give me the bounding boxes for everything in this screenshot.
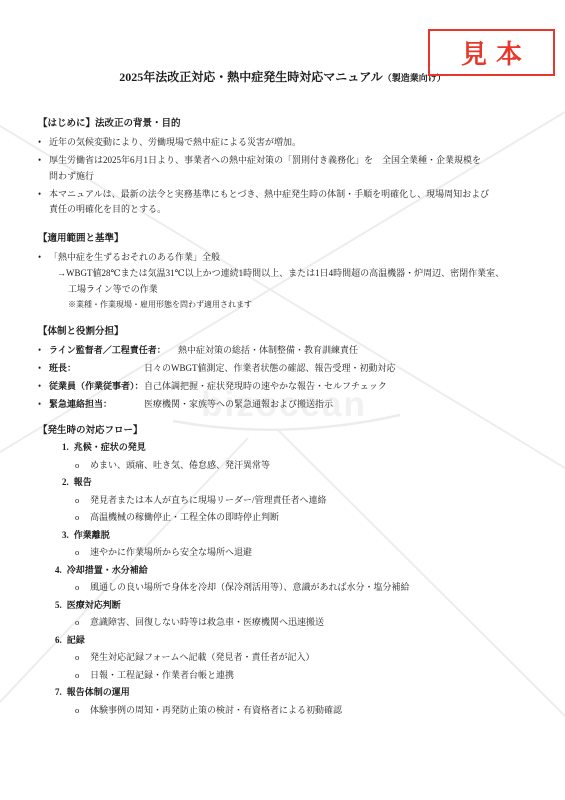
role-desc: 日々のWBGT値測定、作業者状態の確認、報告受理・初動対応	[144, 363, 396, 373]
flow-substep: o日報・工程記録・作業者台帳と連携	[38, 667, 535, 685]
substep-text: 体験事例の周知・再発防止策の検討・有資格者による初動確認	[90, 702, 342, 720]
substep-text: 意識障害、回復しない時等は救急車・医療機関へ迅速搬送	[90, 614, 324, 632]
step-title: 報告	[74, 477, 92, 487]
step-number: 6.	[55, 635, 62, 645]
section-flow: 【発生時の対応フロー】 1.兆候・症状の発見 oめまい、頭痛、吐き気、倦怠感、発…	[38, 424, 535, 720]
step-number: 1.	[62, 442, 69, 452]
substep-text: 高温機械の稼働停止・工程全体の即時停止判断	[90, 509, 279, 527]
bullet-icon: •	[38, 135, 49, 151]
role-row: • 緊急連絡担当：医療機関・家族等への緊急通報および搬送指示	[38, 397, 535, 413]
list-item: • 「熱中症を生ずるおそれのある作業」全般	[38, 250, 535, 266]
step-number: 4.	[55, 565, 62, 575]
substep-text: 速やかに作業場所から安全な場所へ退避	[90, 544, 252, 562]
circle-bullet-icon: o	[75, 702, 90, 720]
role-row: • ライン監督者／工程責任者：熱中症対策の総括・体制整備・教育訓練責任	[38, 343, 535, 359]
role-label: 緊急連絡担当：	[49, 397, 144, 413]
section-flow-heading: 【発生時の対応フロー】	[38, 424, 535, 440]
step-title: 冷却措置・水分補給	[67, 565, 148, 575]
step-number: 7.	[55, 687, 62, 697]
role-label: 班長：	[49, 361, 144, 377]
substep-text: 日報・工程記録・作業者台帳と連携	[90, 667, 234, 685]
sample-stamp-label: 見本	[461, 34, 531, 71]
flow-step-7: 7.報告体制の運用 o体験事例の周知・再発防止策の検討・有資格者による初動確認	[38, 684, 535, 719]
step-number: 5.	[55, 600, 62, 610]
role-row: • 従業員（作業従事者）：自己体調把握・症状発現時の速やかな報告・セルフチェック	[38, 379, 535, 395]
role-label: 従業員（作業従事者）：	[49, 379, 144, 395]
flow-substep: o意識障害、回復しない時等は救急車・医療機関へ迅速搬送	[38, 614, 535, 632]
bullet-icon: •	[38, 153, 49, 184]
circle-bullet-icon: o	[75, 667, 90, 685]
bullet-icon: •	[38, 361, 49, 377]
flow-substep: o高温機械の稼働停止・工程全体の即時停止判断	[38, 509, 535, 527]
wbgt-criteria-line: →WBGT値28℃または気温31℃以上かつ連続1時間以上、または1日4時間超の高…	[38, 266, 535, 282]
section-scope-heading: 【適用範囲と基準】	[38, 232, 535, 248]
wbgt-criteria-line2: 工場ライン等での作業	[38, 282, 535, 298]
list-item-text: 「熱中症を生ずるおそれのある作業」全般	[49, 250, 535, 266]
role-row: • 班長：日々のWBGT値測定、作業者状態の確認、報告受理・初動対応	[38, 361, 535, 377]
section-intro-heading: 【はじめに】法改正の背景・目的	[38, 117, 535, 133]
list-item-text: 厚生労働省は2025年6月1日より、事業者への熱中症対策の「罰則付き義務化」を …	[49, 153, 535, 169]
section-scope: 【適用範囲と基準】 • 「熱中症を生ずるおそれのある作業」全般 →WBGT値28…	[38, 232, 535, 313]
document-page: bizocean 見本 2025年法改正対応・熱中症発生時対応マニュアル（製造業…	[0, 0, 565, 800]
flow-substep: oめまい、頭痛、吐き気、倦怠感、発汗異常等	[38, 457, 535, 475]
substep-text: 風通しの良い場所で身体を冷却（保冷剤活用等）、意識があれば水分・塩分補給	[90, 579, 410, 597]
flow-step-5: 5.医療対応判断 o意識障害、回復しない時等は救急車・医療機関へ迅速搬送	[38, 597, 535, 632]
flow-substep: o発生対応記録フォームへ記載（発見者・責任者が記入）	[38, 649, 535, 667]
step-number: 3.	[62, 530, 69, 540]
role-desc: 医療機関・家族等への緊急通報および搬送指示	[144, 399, 333, 409]
bullet-icon: •	[38, 397, 49, 413]
bullet-icon: •	[38, 379, 49, 395]
scope-note: ※業種・作業現場・雇用形態を問わず適用されます	[38, 298, 535, 312]
substep-text: 発生対応記録フォームへ記載（発見者・責任者が記入）	[90, 649, 315, 667]
list-item: • 本マニュアルは、最新の法令と実務基準にもとづき、熱中症発生時の体制・手順を明…	[38, 187, 535, 218]
list-item-text: 問わず施行	[49, 169, 535, 185]
step-title: 記録	[67, 635, 85, 645]
flow-substep: o体験事例の周知・再発防止策の検討・有資格者による初動確認	[38, 702, 535, 720]
substep-text: めまい、頭痛、吐き気、倦怠感、発汗異常等	[90, 457, 270, 475]
step-title: 作業離脱	[74, 530, 110, 540]
circle-bullet-icon: o	[75, 509, 90, 527]
step-title: 兆候・症状の発見	[74, 442, 146, 452]
flow-step-3: 3.作業離脱 o速やかに作業場所から安全な場所へ退避	[38, 527, 535, 562]
bullet-icon: •	[38, 250, 49, 266]
section-roles: 【体制と役割分担】 • ライン監督者／工程責任者：熱中症対策の総括・体制整備・教…	[38, 325, 535, 413]
flow-step-2: 2.報告 o発見者または本人が直ちに現場リーダー/管理責任者へ連絡 o高温機械の…	[38, 474, 535, 527]
circle-bullet-icon: o	[75, 457, 90, 475]
flow-substep: o発見者または本人が直ちに現場リーダー/管理責任者へ連絡	[38, 492, 535, 510]
list-item-text: 責任の明確化を目的とする。	[49, 202, 535, 218]
substep-text: 発見者または本人が直ちに現場リーダー/管理責任者へ連絡	[90, 492, 327, 510]
circle-bullet-icon: o	[75, 649, 90, 667]
circle-bullet-icon: o	[75, 579, 90, 597]
flow-step-4: 4.冷却措置・水分補給 o風通しの良い場所で身体を冷却（保冷剤活用等）、意識があ…	[38, 562, 535, 597]
list-item-text: 近年の気候変動により、労働現場で熱中症による災害が増加。	[49, 135, 535, 151]
page-title-main: 2025年法改正対応・熱中症発生時対応マニュアル	[119, 70, 383, 84]
step-number: 2.	[62, 477, 69, 487]
step-title: 報告体制の運用	[67, 687, 130, 697]
list-item-text: 本マニュアルは、最新の法令と実務基準にもとづき、熱中症発生時の体制・手順を明確化…	[49, 187, 535, 203]
flow-step-1: 1.兆候・症状の発見 oめまい、頭痛、吐き気、倦怠感、発汗異常等	[38, 439, 535, 474]
circle-bullet-icon: o	[75, 492, 90, 510]
step-title: 医療対応判断	[67, 600, 121, 610]
flow-substep: o速やかに作業場所から安全な場所へ退避	[38, 544, 535, 562]
circle-bullet-icon: o	[75, 614, 90, 632]
list-item: • 近年の気候変動により、労働現場で熱中症による災害が増加。	[38, 135, 535, 151]
circle-bullet-icon: o	[75, 544, 90, 562]
list-item: • 厚生労働省は2025年6月1日より、事業者への熱中症対策の「罰則付き義務化」…	[38, 153, 535, 184]
sample-stamp: 見本	[428, 29, 555, 76]
flow-substep: o風通しの良い場所で身体を冷却（保冷剤活用等）、意識があれば水分・塩分補給	[38, 579, 535, 597]
bullet-icon: •	[38, 187, 49, 218]
bullet-icon: •	[38, 343, 49, 359]
section-roles-heading: 【体制と役割分担】	[38, 325, 535, 341]
role-desc: 熱中症対策の総括・体制整備・教育訓練責任	[178, 345, 358, 355]
flow-step-6: 6.記録 o発生対応記録フォームへ記載（発見者・責任者が記入） o日報・工程記録…	[38, 632, 535, 685]
role-label: ライン監督者／工程責任者：	[49, 343, 178, 359]
role-desc: 自己体調把握・症状発現時の速やかな報告・セルフチェック	[144, 381, 387, 391]
section-intro: 【はじめに】法改正の背景・目的 • 近年の気候変動により、労働現場で熱中症による…	[38, 117, 535, 218]
